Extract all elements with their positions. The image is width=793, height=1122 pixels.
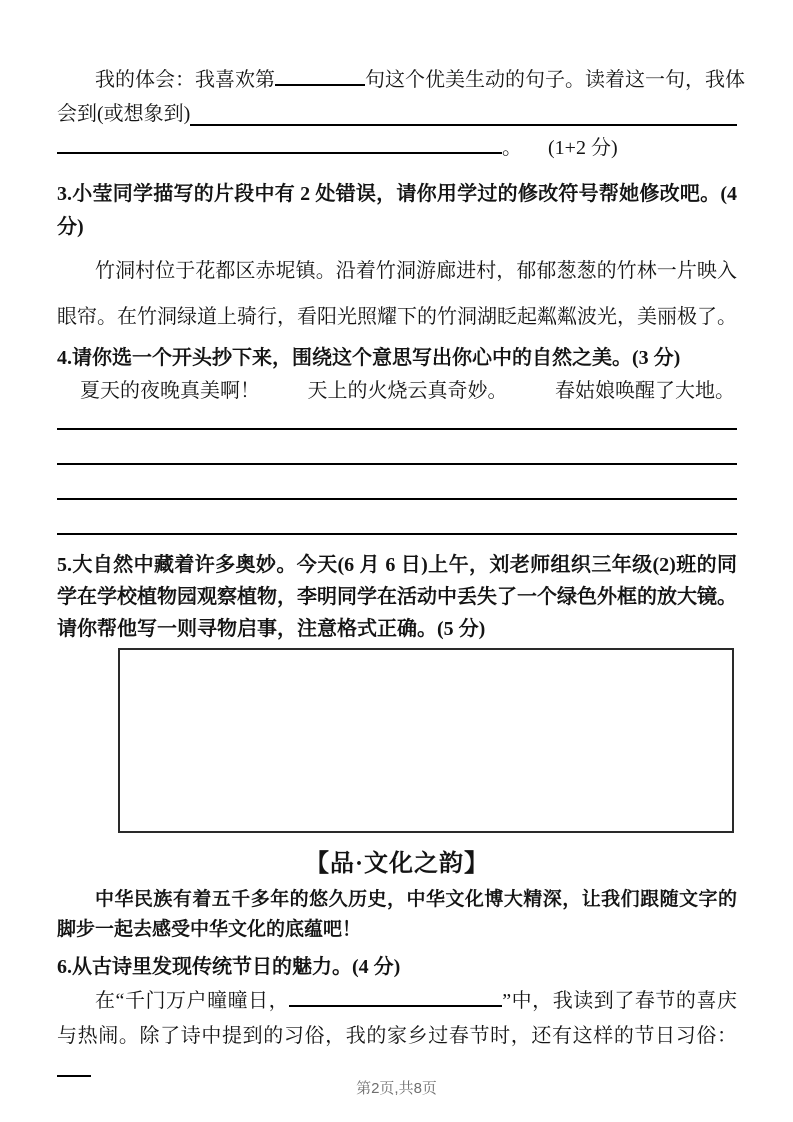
answer-line[interactable] bbox=[57, 430, 737, 465]
reflection-line-1: 我的体会：我喜欢第句这个优美生动的句子。读着这一句，我体 bbox=[57, 63, 737, 97]
question-3-title: 3.小莹同学描写的片段中有 2 处错误，请你用学过的修改符号帮她修改吧。(4 分… bbox=[57, 178, 737, 244]
question-6-title: 6.从古诗里发现传统节日的魅力。(4 分) bbox=[57, 951, 737, 984]
reflection-score-label: (1+2 分) bbox=[548, 137, 618, 159]
exam-page: 我的体会：我喜欢第句这个优美生动的句子。读着这一句，我体 会到(或想象到) 。(… bbox=[0, 0, 793, 1122]
answer-blank-reflection-2[interactable] bbox=[57, 133, 502, 154]
culture-section-intro: 中华民族有着五千多年的悠久历史，中华文化博大精深，让我们跟随文字的脚步一起去感受… bbox=[57, 885, 737, 945]
answer-blank-poem-line[interactable] bbox=[289, 986, 502, 1007]
reflection-period: 。 bbox=[502, 137, 522, 159]
reflection-line2-prefix: 会到(或想象到) bbox=[57, 97, 190, 131]
q4-option-2[interactable]: 天上的火烧云真奇妙。 bbox=[308, 375, 508, 408]
q4-option-1[interactable]: 夏天的夜晚真美啊！ bbox=[80, 375, 260, 408]
question-3-passage[interactable]: 竹洞村位于花都区赤坭镇。沿着竹洞游廊进村，郁郁葱葱的竹林一片映入眼帘。在竹洞绿道… bbox=[57, 248, 737, 340]
answer-line[interactable] bbox=[57, 465, 737, 500]
question-5-title: 5.大自然中藏着许多奥妙。今天(6 月 6 日)上午，刘老师组织三年级(2)班的… bbox=[57, 549, 737, 645]
page-number-indicator: 第2页,共8页 bbox=[0, 1077, 793, 1098]
reflection-line-2: 会到(或想象到) bbox=[57, 97, 737, 131]
answer-line[interactable] bbox=[57, 500, 737, 535]
answer-blank-reflection-1[interactable] bbox=[190, 97, 737, 126]
answer-blank-sentence-number[interactable] bbox=[275, 65, 365, 86]
q6-lead-text: 在“千门万户曈曈日， bbox=[95, 990, 289, 1012]
reflection-line-3: 。(1+2 分) bbox=[57, 131, 737, 165]
reflection-line1-suffix: 句这个优美生动的句子。读着这一句，我体 bbox=[365, 69, 745, 91]
question-4-options: 夏天的夜晚真美啊！ 天上的火烧云真奇妙。 春姑娘唤醒了大地。 bbox=[57, 375, 737, 408]
question-6-paragraph: 在“千门万户曈曈日，”中，我读到了春节的喜庆与热闹。除了诗中提到的习俗，我的家乡… bbox=[57, 984, 737, 1089]
q4-option-3[interactable]: 春姑娘唤醒了大地。 bbox=[555, 375, 735, 408]
answer-blank-custom[interactable] bbox=[57, 1056, 91, 1077]
notice-writing-box[interactable] bbox=[118, 648, 734, 833]
answer-line[interactable] bbox=[57, 408, 737, 430]
culture-section-header: 【品·文化之韵】 bbox=[57, 849, 737, 879]
reflection-line1-prefix: 我的体会：我喜欢第 bbox=[95, 69, 275, 91]
question-4-title: 4.请你选一个开头抄下来，围绕这个意思写出你心中的自然之美。(3 分) bbox=[57, 342, 737, 375]
question-4-answer-area bbox=[57, 408, 737, 535]
